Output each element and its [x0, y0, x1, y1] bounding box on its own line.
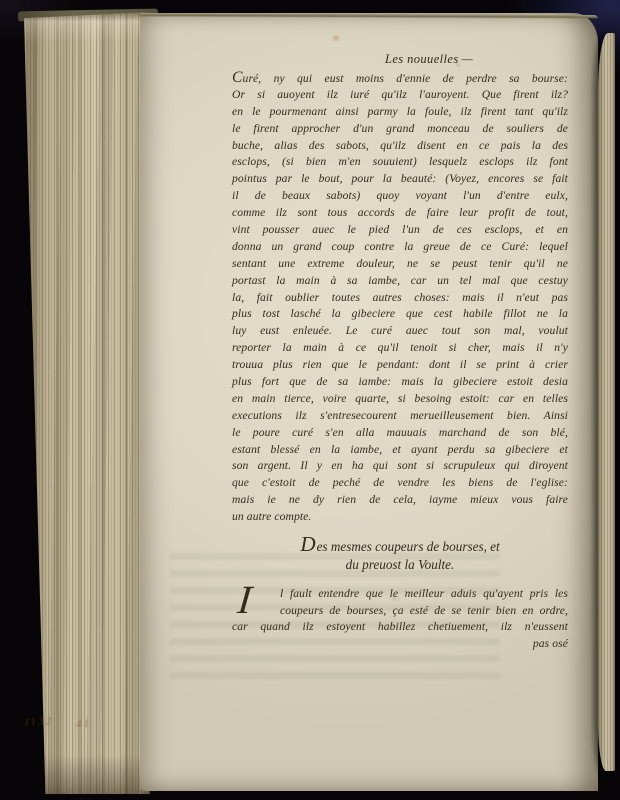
text-line: plus fort que de sa iambe: mais la gibec… [232, 374, 568, 391]
flourish-dash: — [459, 52, 473, 66]
text-line: pointus par le bout, pour la beauté: (Vo… [232, 171, 568, 188]
book-page: Les nouuelles— Curé, ny qui eust moins d… [140, 13, 598, 791]
text-line: buche, alias des sabots, qu'ilz disent e… [232, 138, 568, 155]
text-line: esclops, (si bien m'en souuient) lesquel… [232, 154, 568, 171]
text-line: Curé, ny qui eust moins d'ennie de perdr… [232, 70, 568, 87]
text-line: trouua plus rien que le pendant: dont il… [232, 357, 568, 374]
text-line: car quand ilz estoyent habillez chetiuem… [232, 619, 568, 636]
section-heading-line1: Des mesmes coupeurs de bourses, et [232, 536, 568, 556]
text-line: il de beaux sabots) quoy voyant l'un d'e… [232, 188, 568, 205]
edge-inscription: 41 [76, 718, 91, 731]
next-story-lines: l fault entendre que le meilleur aduis q… [232, 586, 568, 652]
text-line: mais ie ne dy rien de cela, iayme mieux … [232, 492, 568, 509]
running-head: Les nouuelles— [385, 52, 620, 67]
text-line: le firent approcher d'un grand monceau d… [232, 121, 568, 138]
facing-leaf-edge [598, 33, 615, 771]
text-line: en le pourmenant ainsi parmy la foule, i… [232, 104, 568, 121]
running-head-text: Les nouuelles [385, 52, 459, 66]
text-line: coupeurs de bourses, ça esté de se tenir… [280, 603, 568, 620]
section-heading: Des mesmes coupeurs de bourses, et du pr… [232, 536, 568, 573]
text-line: comme ilz sont tous accords de faire leu… [232, 205, 568, 222]
text-line: l fault entendre que le meilleur aduis q… [280, 586, 568, 603]
text-line: le poure curé s'en alla mauuais marchand… [232, 425, 568, 442]
text-line: plus tost lasché la gibeciere que cest h… [232, 306, 568, 323]
text-line: son argent. Il y en ha qui sont si scrup… [232, 458, 568, 475]
text-line: estant blessé en la iambe, et ayant perd… [232, 442, 568, 459]
text-line: que c'estoit de peché de vendre les bien… [232, 475, 568, 492]
text-line: reporter la main à ce qu'il tenoit si ch… [232, 340, 568, 357]
text-line: la, fait oublier toutes autres choses: m… [232, 290, 568, 307]
text-line: Or si auoyent ilz iuré qu'ilz l'auroyent… [232, 87, 568, 104]
next-story-paragraph: I l fault entendre que le meilleur aduis… [232, 586, 568, 652]
text-line: luy eust enleuée. Le curé auec tout son … [232, 323, 568, 340]
text-line: en main tierce, voire quarte, si besoing… [232, 391, 568, 408]
photograph-background: 1132 41 Les nouuelles— Curé, ny qui eust… [0, 0, 620, 800]
fore-edge-page-stack [24, 12, 150, 794]
text-line: sentant une extreme douleur, ne se peust… [232, 256, 568, 273]
text-line: pas osé [232, 636, 568, 653]
story-end-paragraph: Curé, ny qui eust moins d'ennie de perdr… [232, 70, 568, 526]
text-line: executions ilz s'entresecourent merueill… [232, 408, 568, 425]
text-line: vint pousser auec le pied l'un de ces es… [232, 222, 568, 239]
section-heading-line2: du preuost la Voulte. [232, 556, 568, 574]
page-top-edge [140, 13, 598, 19]
edge-inscription: 1132 [24, 715, 54, 728]
text-line: donna un grand coup contre la greue de c… [232, 239, 568, 256]
text-line: un autre compte. [232, 509, 568, 526]
text-line: portast la main à sa iambe, car un tel m… [232, 273, 568, 290]
